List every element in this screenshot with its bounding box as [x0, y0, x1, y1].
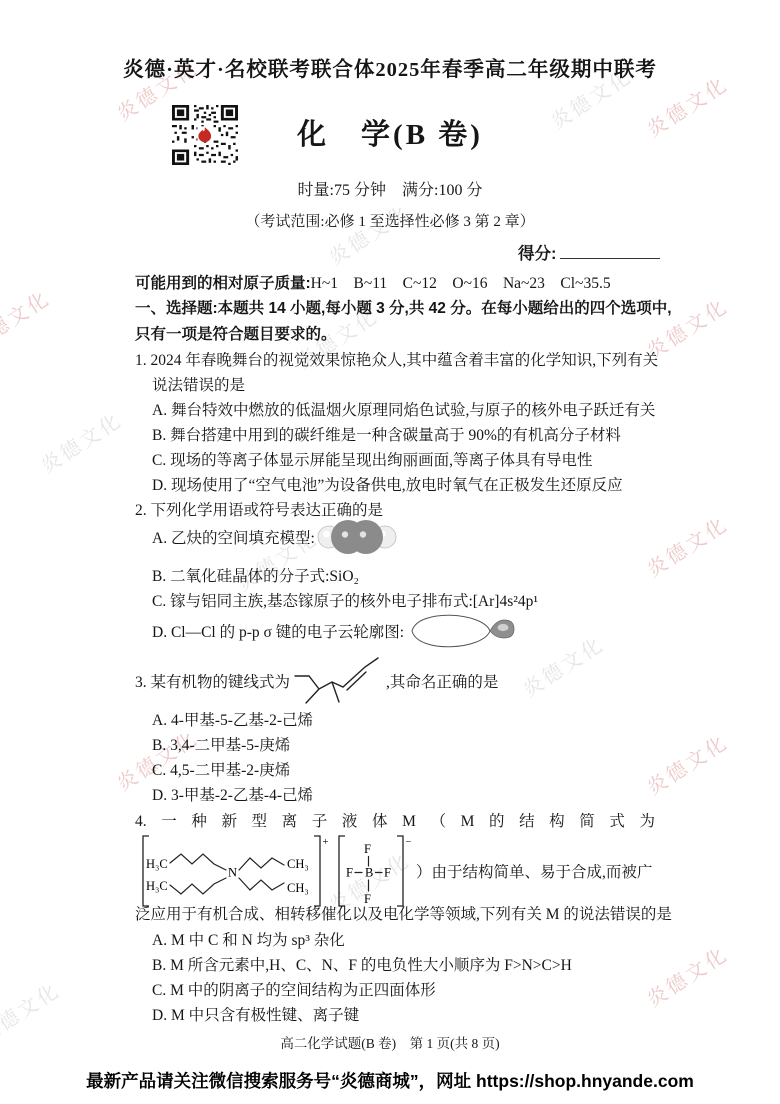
q1-stem-line1: 1. 2024 年春晚舞台的视觉效果惊艳众人,其中蕴含着丰富的化学知识,下列有关	[135, 348, 658, 370]
q1-option-d: D. 现场使用了“空气电池”为设备供电,放电时氧气在正极发生还原反应	[152, 473, 623, 495]
score-line: 得分:	[518, 240, 660, 264]
q4-structure-row: H₃C H₃C N CH₃ CH₃ F F B F F + −	[138, 830, 652, 912]
q4-after-structure-text: ）由于结构简单、易于合成,而被广	[416, 860, 652, 882]
watermark-text: 炎德文化	[640, 938, 733, 1012]
section1-intro-line1: 一、选择题:本题共 14 小题,每小题 3 分,共 42 分。在每小题给出的四个…	[135, 296, 672, 318]
q3-option-c: C. 4,5-二甲基-2-庚烯	[152, 758, 290, 780]
q4-option-b: B. M 所含元素中,H、C、N、F 的电负性大小顺序为 F>N>C>H	[152, 953, 572, 975]
league-title: 炎德·英才·名校联考联合体2025年春季高二年级期中联考	[0, 52, 780, 82]
page-footer: 高二化学试题(B 卷) 第 1 页(共 8 页)	[0, 1032, 780, 1052]
q3-option-d: D. 3-甲基-2-乙基-4-己烯	[152, 783, 313, 805]
cation-charge: +	[323, 837, 329, 848]
q2-option-a-text: A. 乙炔的空间填充模型:	[152, 526, 315, 548]
structure-label: F	[346, 866, 353, 880]
structure-label: H₃C	[146, 857, 168, 871]
atomic-masses-line: 可能用到的相对原子质量:H~1 B~11 C~12 O~16 Na~23 Cl~…	[135, 271, 611, 293]
exam-paper-page: 炎德文化 炎德文化 炎德文化 炎德文化 炎德文化 炎德文化 炎德文化 炎德文化 …	[0, 0, 780, 1104]
watermark-text: 炎德文化	[34, 404, 127, 478]
q2-option-d-text: D. Cl—Cl 的 p-p σ 键的电子云轮廓图:	[152, 620, 404, 642]
electron-cloud-diagram	[406, 607, 518, 655]
q3-option-b: B. 3,4-二甲基-5-庚烯	[152, 733, 290, 755]
promo-banner: 最新产品请关注微信搜索服务号“炎德商城”，网址 https://shop.hny…	[0, 1068, 780, 1093]
q1-option-b: B. 舞台搭建中用到的碳纤维是一种含碳量高于 90%的有机高分子材料	[152, 423, 621, 445]
q1-option-c: C. 现场的等离子体显示屏能呈现出绚丽画面,等离子体具有导电性	[152, 448, 592, 470]
exam-scope-line: （考试范围:必修 1 至选择性必修 3 第 2 章）	[0, 210, 780, 231]
section1-intro-line2: 只有一项是符合题目要求的。	[135, 322, 337, 344]
q4-option-a: A. M 中 C 和 N 均为 sp³ 杂化	[152, 928, 345, 950]
q2-option-a: A. 乙炔的空间填充模型:	[152, 515, 397, 559]
atomic-masses-label: 可能用到的相对原子质量:	[135, 275, 311, 292]
structure-label: B	[365, 866, 373, 880]
watermark-text: 炎德文化	[0, 282, 55, 356]
atomic-masses-values: H~1 B~11 C~12 O~16 Na~23 Cl~35.5	[311, 275, 611, 292]
q4-stem-line2: 泛应用于有机合成、相转移催化以及电化学等领域,下列有关 M 的说法错误的是	[135, 902, 672, 924]
ionic-liquid-structure-diagram: H₃C H₃C N CH₃ CH₃ F F B F F + −	[138, 829, 416, 913]
q3-option-a: A. 4-甲基-5-乙基-2-己烯	[152, 708, 313, 730]
watermark-text: 炎德文化	[322, 196, 415, 270]
q3-stem-suffix: ,其命名正确的是	[386, 670, 498, 692]
q4-option-d: D. M 中只含有极性键、离子键	[152, 1003, 359, 1025]
subject-title: 化 学(B 卷)	[0, 112, 780, 153]
q3-stem-prefix: 3. 某有机物的键线式为	[135, 670, 290, 692]
q2-option-b: B. 二氧化硅晶体的分子式:SiO₂	[152, 564, 359, 586]
score-label: 得分:	[518, 245, 557, 263]
structure-label: F	[364, 842, 371, 856]
skeletal-formula-diagram	[292, 653, 384, 709]
watermark-text: 炎德文化	[516, 628, 609, 702]
q2-option-d: D. Cl—Cl 的 p-p σ 键的电子云轮廓图:	[152, 607, 518, 655]
q4-option-c: C. M 中的阴离子的空间结构为正四面体形	[152, 978, 436, 1000]
q1-option-a: A. 舞台特效中燃放的低温烟火原理同焰色试验,与原子的核外电子跃迁有关	[152, 398, 655, 420]
q4-stem-line1: 4.一种新型离子液体M（M的结构简式为	[135, 809, 655, 831]
watermark-text: 炎德文化	[640, 508, 733, 582]
structure-label: CH₃	[287, 857, 309, 871]
q1-stem-line2: 说法错误的是	[152, 373, 245, 395]
watermark-text: 炎德文化	[640, 726, 733, 800]
structure-label: H₃C	[146, 879, 168, 893]
structure-label: CH₃	[287, 881, 309, 895]
score-blank-field	[560, 244, 660, 259]
anion-charge: −	[406, 837, 412, 848]
acetylene-space-filling-model	[317, 516, 397, 558]
q3-stem: 3. 某有机物的键线式为 ,其命名正确的是	[135, 651, 498, 711]
structure-label: N	[228, 866, 237, 880]
structure-label: F	[384, 866, 391, 880]
duration-score-line: 时量:75 分钟 满分:100 分	[0, 177, 780, 200]
